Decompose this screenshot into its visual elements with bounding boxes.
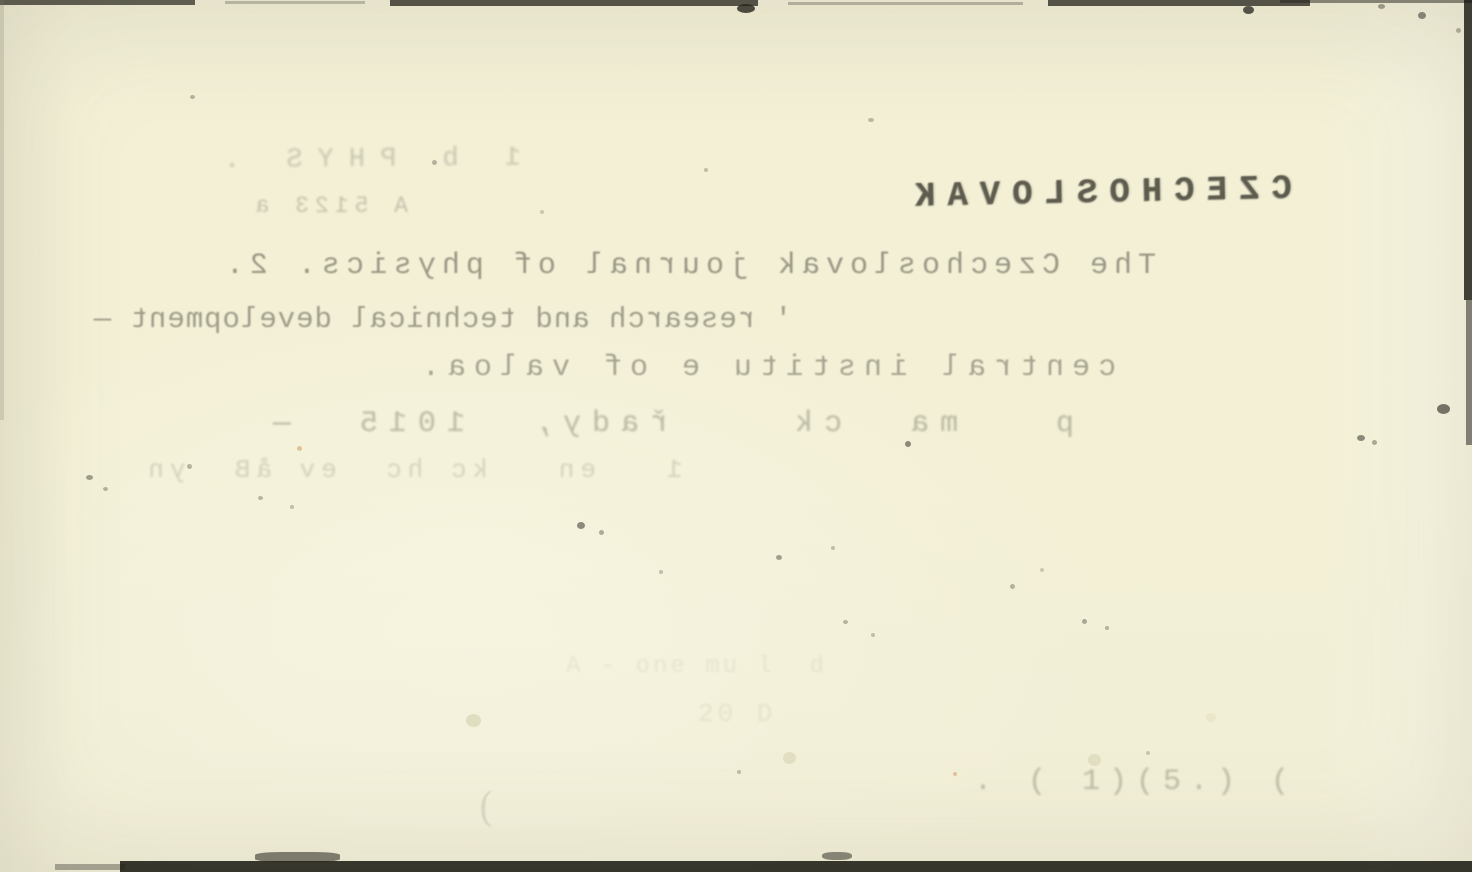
ink-speck (1105, 626, 1109, 630)
card-bottom-edge (120, 861, 1472, 872)
ink-speck (432, 160, 437, 165)
pencil-mark: ( (478, 786, 538, 830)
ink-speck (737, 770, 741, 774)
ink-speck (1437, 404, 1450, 414)
ink-speck (103, 487, 108, 491)
ink-speck (659, 570, 663, 574)
ink-speck (1357, 435, 1365, 441)
ink-speck (1010, 584, 1015, 589)
ink-speck (737, 4, 755, 13)
call-number-line-2: A 5123 a (236, 194, 408, 219)
paper-flaw (1206, 713, 1216, 722)
faint-typed-line: 1 en kc hc ev åB yn (124, 456, 704, 485)
institute-line: central institu e of valoa. (388, 352, 1116, 385)
ink-speck (1082, 619, 1087, 624)
czechoslovak-stamp: CZECHOSLOVAK (878, 172, 1293, 218)
card-top-edge (225, 1, 365, 4)
card-bottom-edge (55, 864, 125, 870)
paper-flaw (783, 752, 796, 764)
ghost-price: 20 D (698, 700, 838, 729)
paper-flaw (466, 714, 481, 727)
ink-speck (776, 555, 782, 560)
ink-speck (843, 620, 848, 624)
ink-speck (86, 475, 93, 480)
ink-speck (1456, 28, 1461, 33)
bottom-stamp-fragment: . ( 1)(5.) ( (974, 766, 1344, 799)
card-bottom-edge-bump (255, 852, 340, 862)
ink-speck (258, 496, 263, 500)
ink-speck (599, 530, 604, 535)
catalog-card-back: 1 b PHYS . A 5123 a CZECHOSLOVAK The Cze… (0, 0, 1472, 872)
ink-speck (1146, 751, 1150, 755)
card-top-edge (1048, 0, 1310, 6)
card-right-edge (1464, 0, 1472, 300)
ink-speck (868, 118, 874, 122)
ink-speck (905, 441, 911, 447)
ink-speck (1378, 4, 1385, 9)
scanned-card-screenshot: { "card": { "background_color": "#f3f0d6… (0, 0, 1472, 872)
ink-speck (1418, 12, 1426, 19)
ink-speck (831, 546, 835, 550)
ink-speck (1372, 440, 1377, 445)
paper-flaw (1088, 754, 1101, 766)
ink-speck (577, 522, 585, 529)
ink-speck (187, 464, 192, 469)
subtitle-line: ' research and technical development — (88, 304, 792, 336)
call-number-line-1: 1 b PHYS . (183, 145, 521, 178)
card-right-edge (1466, 300, 1472, 445)
ink-speck (871, 633, 875, 637)
ink-speck (953, 772, 957, 776)
card-left-edge (0, 0, 4, 420)
card-top-edge (390, 0, 758, 6)
card-top-edge (1280, 0, 1472, 3)
title-line: The Czechoslovak journal of physics. 2. (168, 250, 1156, 283)
ink-speck (290, 505, 294, 509)
ink-speck (704, 168, 708, 172)
ghost-line: A - one mu l d (566, 654, 926, 680)
ink-speck (190, 95, 195, 99)
card-top-edge (0, 0, 195, 5)
series-year-line: p ma ck řady, 1015 — (188, 408, 1074, 441)
card-bottom-edge-bump (822, 852, 852, 860)
ink-speck (1040, 568, 1044, 572)
ink-speck (1243, 6, 1254, 14)
card-top-edge (788, 2, 1023, 5)
ink-speck (540, 210, 544, 214)
ink-speck (297, 446, 302, 451)
